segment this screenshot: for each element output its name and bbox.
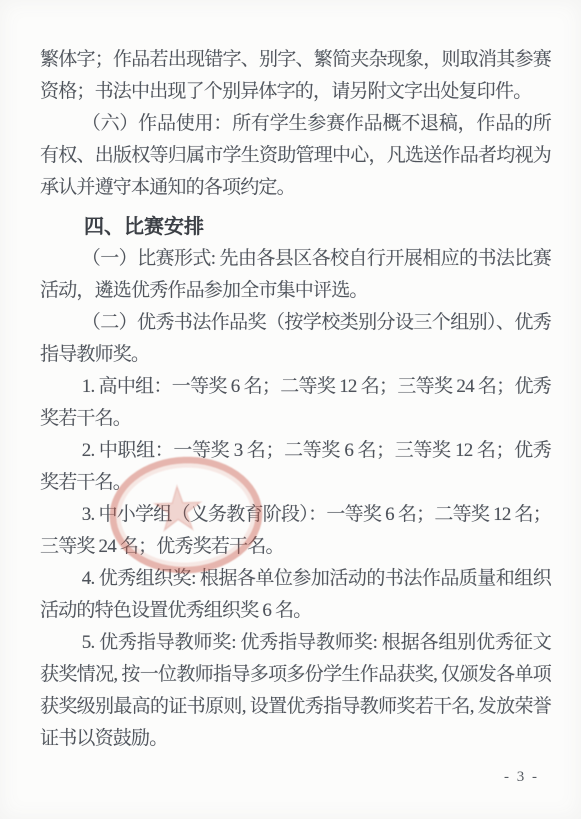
- paragraph: 5. 优秀指导教师奖: 优秀指导教师奖: 根据各组别优秀征文获奖情况, 按一位教…: [40, 627, 551, 755]
- paragraph: 1. 高中组：一等奖 6 名；二等奖 12 名；三等奖 24 名；优秀奖若干名。: [40, 371, 551, 435]
- paragraph: （一）比赛形式: 先由各县区各校自行开展相应的书法比赛活动，遴选优秀作品参加全市…: [40, 243, 551, 307]
- paragraph: （六）作品使用：所有学生参赛作品概不退稿，作品的所有权、出版权等归属市学生资助管…: [40, 108, 551, 204]
- document-page: 繁体字；作品若出现错字、别字、繁简夹杂现象，则取消其参赛资格；书法中出现了个别异…: [0, 0, 581, 819]
- document-body: 繁体字；作品若出现错字、别字、繁简夹杂现象，则取消其参赛资格；书法中出现了个别异…: [40, 44, 551, 755]
- section-heading: 四、比赛安排: [40, 211, 551, 243]
- paragraph: （二）优秀书法作品奖（按学校类别分设三个组别）、优秀指导教师奖。: [40, 307, 551, 371]
- page-number: - 3 -: [504, 769, 539, 786]
- paragraph: 3. 中小学组（义务教育阶段）：一等奖 6 名；二等奖 12 名；三等奖 24 …: [40, 499, 551, 563]
- paragraph: 4. 优秀组织奖: 根据各单位参加活动的书法作品质量和组织活动的特色设置优秀组织…: [40, 563, 551, 627]
- paragraph: 繁体字；作品若出现错字、别字、繁简夹杂现象，则取消其参赛资格；书法中出现了个别异…: [40, 44, 551, 108]
- paragraph: 2. 中职组：一等奖 3 名；二等奖 6 名；三等奖 12 名；优秀奖若干名。: [40, 435, 551, 499]
